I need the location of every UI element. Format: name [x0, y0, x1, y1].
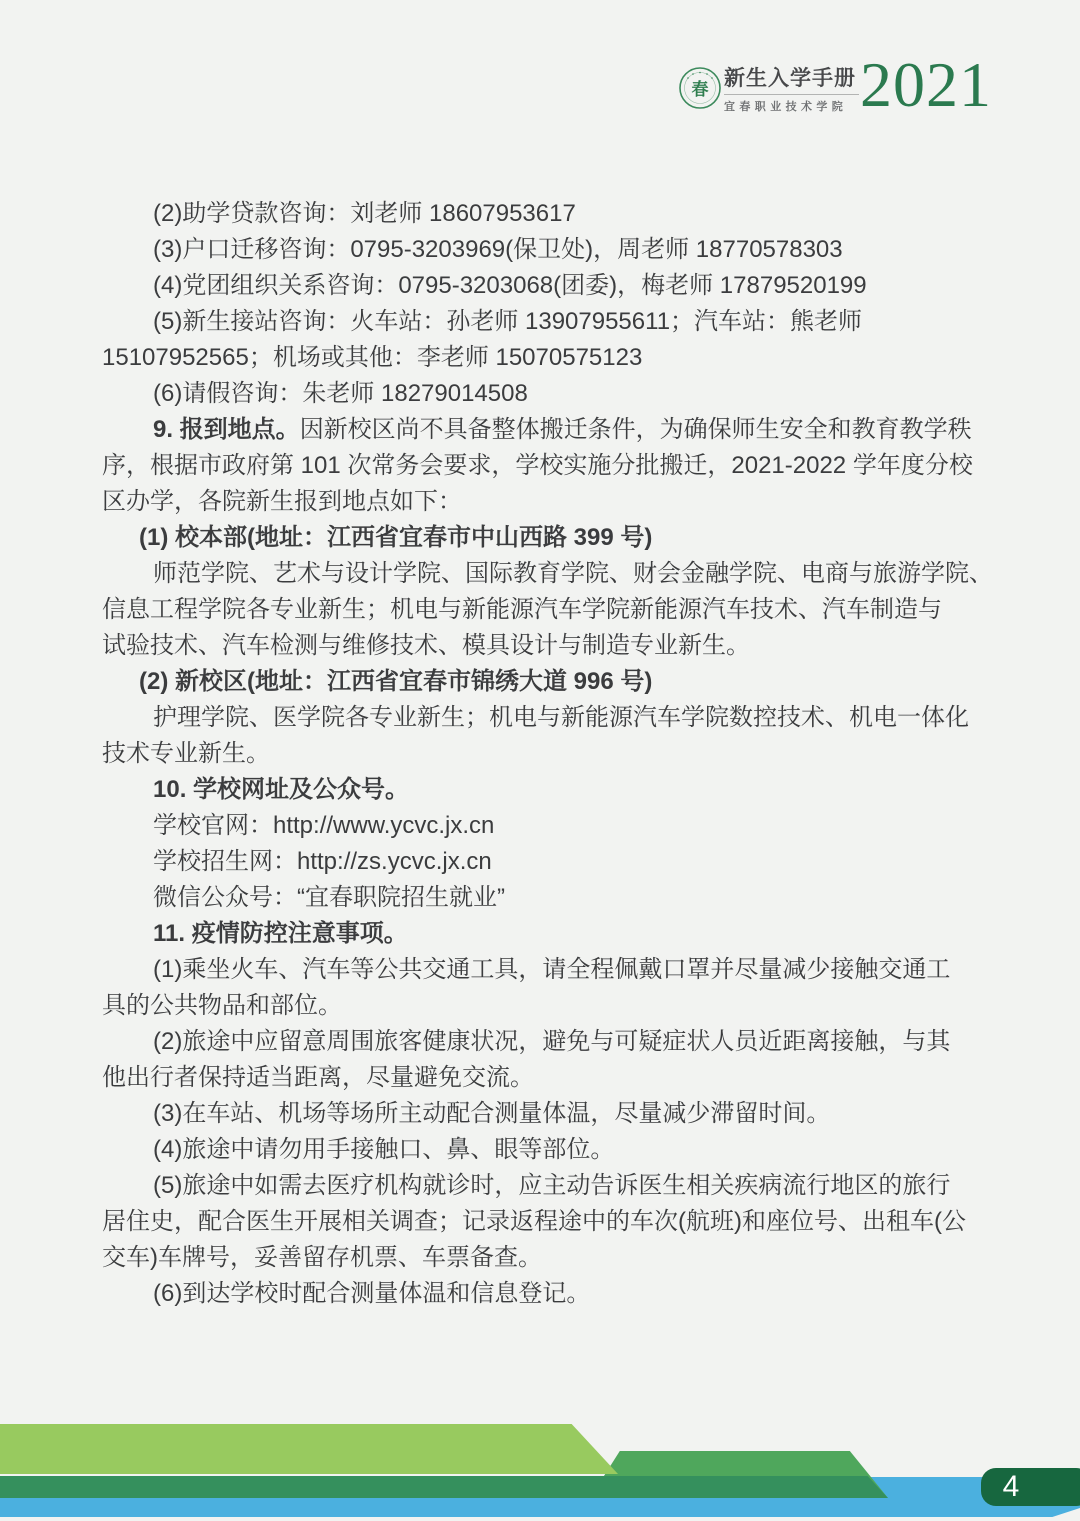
- text-line: 区办学，各院新生报到地点如下：: [102, 484, 1002, 520]
- text-line: 护理学院、医学院各专业新生；机电与新能源汽车学院数控技术、机电一体化: [102, 700, 1002, 736]
- text-line: (2)助学贷款咨询：刘老师 18607953617: [102, 196, 1002, 232]
- line-text: 居住史，配合医生开展相关调查；记录返程途中的车次(航班)和座位号、出租车(公: [102, 1208, 966, 1235]
- page-number: 4: [981, 1470, 1041, 1504]
- line-text: (2)助学贷款咨询：刘老师 18607953617: [153, 200, 576, 227]
- line-text: 交车)车牌号，妥善留存机票、车票备查。: [102, 1244, 542, 1271]
- text-line: (5)新生接站咨询：火车站：孙老师 13907955611；汽车站：熊老师: [102, 304, 1002, 340]
- page-number-badge: 4: [981, 1468, 1080, 1506]
- text-line: (2) 新校区(地址：江西省宜春市锦绣大道 996 号): [102, 664, 1002, 700]
- text-line: (6)到达学校时配合测量体温和信息登记。: [102, 1276, 1002, 1312]
- text-line: 微信公众号：“宜春职院招生就业”: [102, 880, 1002, 916]
- year-label: 2021: [860, 48, 992, 122]
- school-seal-icon: 春: [678, 66, 722, 110]
- line-text: 区办学，各院新生报到地点如下：: [102, 488, 462, 515]
- line-text: (5)新生接站咨询：火车站：孙老师 13907955611；汽车站：熊老师: [153, 308, 862, 335]
- text-line: 9. 报到地点。因新校区尚不具备整体搬迁条件，为确保师生安全和教育教学秩: [102, 412, 1002, 448]
- line-text: (3)户口迁移咨询：0795-3203969(保卫处)，周老师 18770578…: [153, 236, 843, 263]
- line-text: 10. 学校网址及公众号。: [153, 776, 409, 803]
- line-text: 11. 疫情防控注意事项。: [153, 920, 408, 947]
- footer-band-light-green: [0, 1424, 618, 1474]
- line-text: (4)旅途中请勿用手接触口、鼻、眼等部位。: [153, 1136, 614, 1163]
- footer-band-dark-green: [0, 1476, 888, 1498]
- line-lead: 9. 报到地点。: [153, 416, 300, 443]
- text-line: 11. 疫情防控注意事项。: [102, 916, 1002, 952]
- line-text: 15107952565；机场或其他：李老师 15070575123: [102, 344, 642, 371]
- text-line: (3)户口迁移咨询：0795-3203969(保卫处)，周老师 18770578…: [102, 232, 1002, 268]
- line-text: (3)在车站、机场等场所主动配合测量体温，尽量减少滞留时间。: [153, 1100, 830, 1127]
- text-line: 信息工程学院各专业新生；机电与新能源汽车学院新能源汽车技术、汽车制造与: [102, 592, 1002, 628]
- document-body: (2)助学贷款咨询：刘老师 18607953617 (3)户口迁移咨询：0795…: [102, 196, 1002, 1312]
- line-text: 序，根据市政府第 101 次常务会要求，学校实施分批搬迁，2021-2022 学…: [102, 452, 973, 479]
- line-text: (4)党团组织关系咨询：0795-3203068(团委)，梅老师 1787952…: [153, 272, 867, 299]
- text-line: (3)在车站、机场等场所主动配合测量体温，尽量减少滞留时间。: [102, 1096, 1002, 1132]
- text-line: 序，根据市政府第 101 次常务会要求，学校实施分批搬迁，2021-2022 学…: [102, 448, 1002, 484]
- line-text: 信息工程学院各专业新生；机电与新能源汽车学院新能源汽车技术、汽车制造与: [102, 596, 942, 623]
- text-line: 师范学院、艺术与设计学院、国际教育学院、财会金融学院、电商与旅游学院、: [102, 556, 1002, 592]
- text-line: (1)乘坐火车、汽车等公共交通工具，请全程佩戴口罩并尽量减少接触交通工: [102, 952, 1002, 988]
- text-line: 学校官网：http://www.ycvc.jx.cn: [102, 808, 1002, 844]
- line-text: 护理学院、医学院各专业新生；机电与新能源汽车学院数控技术、机电一体化: [153, 704, 969, 731]
- line-text: (1)乘坐火车、汽车等公共交通工具，请全程佩戴口罩并尽量减少接触交通工: [153, 956, 950, 983]
- line-text: (2)旅途中应留意周围旅客健康状况，避免与可疑症状人员近距离接触，与其: [153, 1028, 950, 1055]
- text-line: (4)党团组织关系咨询：0795-3203068(团委)，梅老师 1787952…: [102, 268, 1002, 304]
- school-name: 宜春职业技术学院: [724, 98, 860, 114]
- text-line: 他出行者保持适当距离，尽量避免交流。: [102, 1060, 1002, 1096]
- line-text: 具的公共物品和部位。: [102, 992, 342, 1019]
- title-divider: [724, 94, 859, 95]
- line-text: 试验技术、汽车检测与维修技术、模具设计与制造专业新生。: [102, 632, 750, 659]
- text-line: (2)旅途中应留意周围旅客健康状况，避免与可疑症状人员近距离接触，与其: [102, 1024, 1002, 1060]
- text-line: 技术专业新生。: [102, 736, 1002, 772]
- line-text: 学校招生网：http://zs.ycvc.jx.cn: [153, 848, 492, 875]
- header-title-block: 新生入学手册 宜春职业技术学院: [724, 62, 860, 114]
- text-line: 试验技术、汽车检测与维修技术、模具设计与制造专业新生。: [102, 628, 1002, 664]
- text-line: (6)请假咨询：朱老师 18279014508: [102, 376, 1002, 412]
- handbook-page: 春 新生入学手册 宜春职业技术学院 2021 (2)助学贷款咨询：刘老师 186…: [0, 0, 1080, 1521]
- text-line: 学校招生网：http://zs.ycvc.jx.cn: [102, 844, 1002, 880]
- page-header: 春 新生入学手册 宜春职业技术学院 2021: [0, 0, 1080, 150]
- line-text: (5)旅途中如需去医疗机构就诊时，应主动告诉医生相关疾病流行地区的旅行: [153, 1172, 950, 1199]
- text-line: (4)旅途中请勿用手接触口、鼻、眼等部位。: [102, 1132, 1002, 1168]
- svg-text:春: 春: [692, 79, 709, 99]
- text-line: 15107952565；机场或其他：李老师 15070575123: [102, 340, 1002, 376]
- line-text: 学校官网：http://www.ycvc.jx.cn: [153, 812, 494, 839]
- line-text: 技术专业新生。: [102, 740, 270, 767]
- text-line: 10. 学校网址及公众号。: [102, 772, 1002, 808]
- handbook-title: 新生入学手册: [724, 62, 860, 92]
- line-text: (6)请假咨询：朱老师 18279014508: [153, 380, 528, 407]
- line-text: 因新校区尚不具备整体搬迁条件，为确保师生安全和教育教学秩: [300, 416, 972, 443]
- line-text: 他出行者保持适当距离，尽量避免交流。: [102, 1064, 534, 1091]
- line-text: 师范学院、艺术与设计学院、国际教育学院、财会金融学院、电商与旅游学院、: [153, 560, 993, 587]
- line-text: (6)到达学校时配合测量体温和信息登记。: [153, 1280, 590, 1307]
- text-line: 具的公共物品和部位。: [102, 988, 1002, 1024]
- line-text: (1) 校本部(地址：江西省宜春市中山西路 399 号): [139, 524, 652, 551]
- text-line: (1) 校本部(地址：江西省宜春市中山西路 399 号): [102, 520, 1002, 556]
- text-line: 居住史，配合医生开展相关调查；记录返程途中的车次(航班)和座位号、出租车(公: [102, 1204, 1002, 1240]
- line-text: 微信公众号：“宜春职院招生就业”: [153, 884, 505, 911]
- text-line: 交车)车牌号，妥善留存机票、车票备查。: [102, 1240, 1002, 1276]
- line-text: (2) 新校区(地址：江西省宜春市锦绣大道 996 号): [139, 668, 652, 695]
- text-line: (5)旅途中如需去医疗机构就诊时，应主动告诉医生相关疾病流行地区的旅行: [102, 1168, 1002, 1204]
